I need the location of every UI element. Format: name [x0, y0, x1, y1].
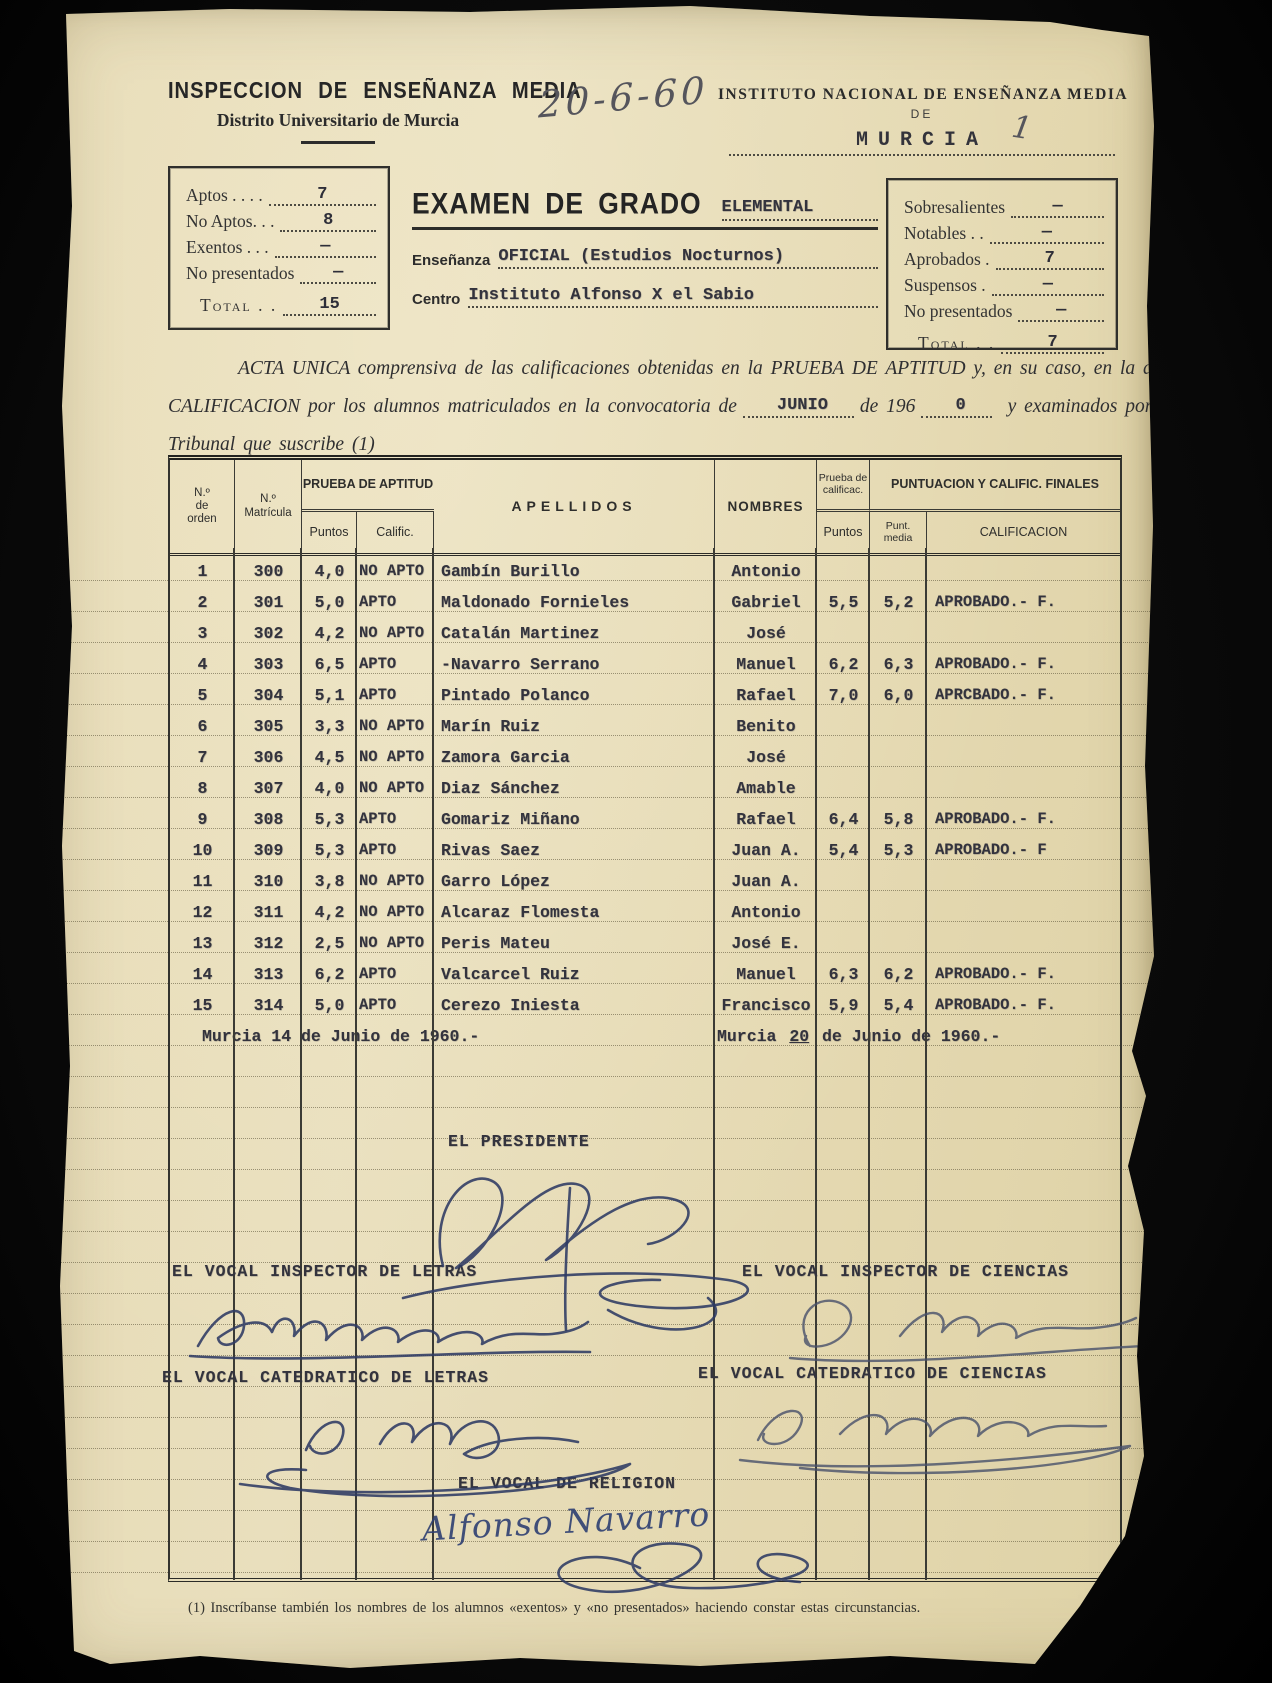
exam-modality: ELEMENTAL	[722, 198, 878, 221]
acta-line1: ACTA UNICA comprensiva de las calificaci…	[238, 358, 1161, 380]
cell-puntos2: 5,4	[817, 835, 870, 866]
cell-orden: 5	[170, 680, 235, 711]
cell-puntos2: 6,4	[817, 804, 870, 835]
stat-total-row: Total . . 15	[186, 290, 376, 316]
stat-value: 8	[280, 211, 376, 232]
stat-label: No presentados	[904, 301, 1012, 322]
cell-media: 5,4	[870, 990, 927, 1021]
cell-puntos: 5,0	[302, 990, 357, 1021]
cell-final	[927, 928, 1120, 959]
empty-row	[170, 1083, 1120, 1114]
cell-nombres: José E.	[715, 928, 817, 959]
cell-nombres: José	[715, 742, 817, 773]
acta-convocatoria: JUNIO	[743, 396, 854, 418]
cell-matricula: 303	[235, 649, 302, 680]
cell-nombres: Manuel	[715, 649, 817, 680]
cell-puntos2	[817, 711, 870, 742]
stat-value: 15	[283, 295, 376, 316]
cell-puntos: 5,0	[302, 587, 357, 618]
cell-puntos2: 7,0	[817, 680, 870, 711]
cell-calific: NO APTO	[357, 773, 434, 804]
cell-matricula: 306	[235, 742, 302, 773]
cell-calific: APTO	[357, 587, 434, 618]
cell-puntos: 4,5	[302, 742, 357, 773]
header-apellidos: APELLIDOS	[434, 460, 715, 553]
cell-final	[927, 556, 1120, 587]
stat-value: 7	[269, 185, 376, 206]
cell-final	[927, 897, 1120, 928]
stat-label: Aprobados .	[904, 249, 990, 270]
cell-orden: 7	[170, 742, 235, 773]
cell-nombres: Antonio	[715, 897, 817, 928]
cell-puntos2	[817, 928, 870, 959]
cell-orden: 2	[170, 587, 235, 618]
issuer-underline	[301, 141, 375, 144]
cell-orden: 9	[170, 804, 235, 835]
cell-calific: APTO	[357, 649, 434, 680]
cell-nombres: Manuel	[715, 959, 817, 990]
cell-calific: NO APTO	[357, 866, 434, 897]
cell-puntos: 6,2	[302, 959, 357, 990]
exam-title-block: EXAMEN DE GRADO ELEMENTAL Enseñanza OFIC…	[412, 190, 878, 308]
stat-value: —	[1011, 197, 1104, 218]
cell-media	[870, 866, 927, 897]
cell-puntos: 5,3	[302, 804, 357, 835]
cell-apellidos: Maldonado Fornieles	[434, 587, 715, 618]
cell-matricula: 301	[235, 587, 302, 618]
footnote: (1) Inscríbanse también los nombres de l…	[188, 1600, 1128, 1617]
cell-media	[870, 773, 927, 804]
table-row: 103095,3APTORivas SaezJuan A.5,45,3APROB…	[170, 835, 1120, 866]
cell-apellidos: Alcaraz Flomesta	[434, 897, 715, 928]
cell-media	[870, 897, 927, 928]
header-calific: Calific.	[357, 512, 434, 553]
cell-matricula: 314	[235, 990, 302, 1021]
table-row: 93085,3APTOGomariz MiñanoRafael6,45,8APR…	[170, 804, 1120, 835]
header-punt-media: Punt.media	[870, 512, 927, 553]
date-left: Murcia 14 de Junio de 1960.-	[170, 1021, 715, 1052]
inspector-ciencias-signature	[750, 1284, 1150, 1374]
cell-final	[927, 742, 1120, 773]
stat-label: No presentados	[186, 263, 294, 284]
cell-matricula: 310	[235, 866, 302, 897]
document-page: INSPECCION DE ENSEÑANZA MEDIA Distrito U…	[50, 6, 1162, 1672]
cell-nombres: Rafael	[715, 680, 817, 711]
cell-orden: 8	[170, 773, 235, 804]
cell-media	[870, 928, 927, 959]
cell-apellidos: -Navarro Serrano	[434, 649, 715, 680]
table-row: 53045,1APTOPintado PolancoRafael7,06,0AP…	[170, 680, 1120, 711]
cell-media: 5,2	[870, 587, 927, 618]
stat-row: Exentos . . . —	[186, 232, 376, 258]
stat-row: Suspensos . —	[904, 270, 1104, 296]
cell-apellidos: Catalán Martinez	[434, 618, 715, 649]
cell-puntos2: 6,3	[817, 959, 870, 990]
cell-media	[870, 618, 927, 649]
cell-media: 6,3	[870, 649, 927, 680]
cell-nombres: Francisco	[715, 990, 817, 1021]
cell-nombres: Juan A.	[715, 835, 817, 866]
institute-underline	[729, 154, 1115, 156]
stat-value: 7	[1001, 333, 1104, 354]
cell-nombres: Amable	[715, 773, 817, 804]
cell-nombres: Gabriel	[715, 587, 817, 618]
cell-media: 6,0	[870, 680, 927, 711]
stat-label: Aptos . . . .	[186, 185, 263, 206]
table-row: 33024,2NO APTOCatalán MartinezJosé	[170, 618, 1120, 649]
cell-calific: NO APTO	[357, 742, 434, 773]
header-prueba-aptitud: PRUEBA DE APTITUD	[302, 460, 434, 512]
cell-puntos: 4,2	[302, 618, 357, 649]
acta-line2-mid: de 196	[860, 396, 916, 418]
empty-row	[170, 1114, 1120, 1145]
stat-value: 7	[996, 249, 1104, 270]
table-row: 113103,8NO APTOGarro LópezJuan A.	[170, 866, 1120, 897]
cell-matricula: 300	[235, 556, 302, 587]
exam-title-rule	[412, 227, 878, 230]
cell-apellidos: Valcarcel Ruiz	[434, 959, 715, 990]
cell-media	[870, 556, 927, 587]
cell-puntos2	[817, 742, 870, 773]
institute-title: INSTITUTO NACIONAL DE ENSEÑANZA MEDIA	[718, 86, 1126, 104]
cell-puntos2	[817, 773, 870, 804]
cell-calific: APTO	[357, 835, 434, 866]
cell-final: APROBADO.- F	[927, 835, 1120, 866]
cell-nombres: Antonio	[715, 556, 817, 587]
stat-value: —	[992, 275, 1104, 296]
cell-apellidos: Diaz Sánchez	[434, 773, 715, 804]
cell-orden: 15	[170, 990, 235, 1021]
stat-row: No Aptos. . . 8	[186, 206, 376, 232]
cell-media	[870, 742, 927, 773]
cell-orden: 3	[170, 618, 235, 649]
stat-row: Aptos . . . . 7	[186, 180, 376, 206]
cell-matricula: 307	[235, 773, 302, 804]
ensenanza-label: Enseñanza	[412, 252, 490, 269]
catedratico-letras-signature	[210, 1392, 650, 1502]
cell-matricula: 309	[235, 835, 302, 866]
acta-line2-post: y examinados por el	[1008, 396, 1175, 418]
grades-summary-box: Sobresalientes — Notables . . — Aprobado…	[886, 178, 1118, 350]
cell-puntos2: 6,2	[817, 649, 870, 680]
cell-nombres: Juan A.	[715, 866, 817, 897]
table-row: 153145,0APTOCerezo IniestaFrancisco5,95,…	[170, 990, 1120, 1021]
cell-matricula: 312	[235, 928, 302, 959]
cell-matricula: 302	[235, 618, 302, 649]
cell-final	[927, 618, 1120, 649]
cell-final: APROBADO.- F.	[927, 587, 1120, 618]
aptitude-summary-box: Aptos . . . . 7 No Aptos. . . 8 Exentos …	[168, 166, 390, 330]
table-row: 73064,5NO APTOZamora GarciaJosé	[170, 742, 1120, 773]
stat-value: —	[1018, 301, 1104, 322]
stat-row: No presentados —	[186, 258, 376, 284]
catedratico-ciencias-signature	[710, 1384, 1150, 1489]
stat-row: Sobresalientes —	[904, 192, 1104, 218]
cell-apellidos: Zamora Garcia	[434, 742, 715, 773]
exam-title: EXAMEN DE GRADO	[412, 187, 702, 221]
cell-matricula: 305	[235, 711, 302, 742]
table-header: N.ºdeorden N.ºMatrícula PRUEBA DE APTITU…	[170, 460, 1120, 556]
header-prueba-calificac: Prueba decalificac.	[817, 460, 870, 512]
cell-media: 5,8	[870, 804, 927, 835]
cell-puntos2: 5,5	[817, 587, 870, 618]
cell-final: APROBADO.- F.	[927, 990, 1120, 1021]
issuer-subtitle: Distrito Universitario de Murcia	[168, 110, 508, 131]
cell-puntos2: 5,9	[817, 990, 870, 1021]
centro-value: Instituto Alfonso X el Sabio	[468, 286, 878, 308]
cell-media	[870, 711, 927, 742]
table-row: 13004,0NO APTOGambín BurilloAntonio	[170, 556, 1120, 587]
cell-calific: APTO	[357, 959, 434, 990]
cell-puntos: 3,8	[302, 866, 357, 897]
cell-puntos2	[817, 618, 870, 649]
header-puntos: Puntos	[302, 512, 357, 553]
institute-de: DE	[718, 107, 1126, 121]
cell-final: APROBADO.- F.	[927, 959, 1120, 990]
stat-row: Aprobados . 7	[904, 244, 1104, 270]
stat-row: No presentados —	[904, 296, 1104, 322]
cell-orden: 11	[170, 866, 235, 897]
cell-calific: NO APTO	[357, 711, 434, 742]
cell-puntos: 3,3	[302, 711, 357, 742]
date-right: Murcia 20 de Junio de 1960.-	[715, 1021, 1120, 1052]
cell-calific: APTO	[357, 680, 434, 711]
inspector-letras-signature	[180, 1288, 600, 1373]
cell-media: 6,2	[870, 959, 927, 990]
issuer-title: INSPECCION DE ENSEÑANZA MEDIA	[168, 78, 494, 105]
table-row: 23015,0APTOMaldonado FornielesGabriel5,5…	[170, 587, 1120, 618]
table-row: 83074,0NO APTODiaz SánchezAmable	[170, 773, 1120, 804]
stat-value: —	[275, 237, 376, 258]
cell-apellidos: Cerezo Iniesta	[434, 990, 715, 1021]
cell-apellidos: Garro López	[434, 866, 715, 897]
stat-label: Total . .	[186, 295, 277, 316]
header-calificacion: CALIFICACION	[927, 512, 1120, 553]
cell-final: APRCBADO.- F.	[927, 680, 1120, 711]
cell-nombres: Benito	[715, 711, 817, 742]
acta-line2: CALIFICACION por los alumnos matriculado…	[168, 396, 1174, 418]
cell-final	[927, 773, 1120, 804]
cell-apellidos: Peris Mateu	[434, 928, 715, 959]
cell-puntos: 4,0	[302, 556, 357, 587]
table-row: 133122,5NO APTOPeris MateuJosé E.	[170, 928, 1120, 959]
stat-label: Total . .	[904, 333, 995, 354]
empty-row	[170, 1052, 1120, 1083]
cell-apellidos: Pintado Polanco	[434, 680, 715, 711]
cell-media: 5,3	[870, 835, 927, 866]
cell-calific: NO APTO	[357, 928, 434, 959]
stat-value: —	[990, 223, 1104, 244]
stat-label: Notables . .	[904, 223, 984, 244]
stat-label: Exentos . . .	[186, 237, 269, 258]
cell-puntos2	[817, 556, 870, 587]
cell-orden: 6	[170, 711, 235, 742]
cell-calific: NO APTO	[357, 897, 434, 928]
stat-total-row: Total . . 7	[904, 328, 1104, 354]
cell-puntos: 5,3	[302, 835, 357, 866]
header-puntuacion-finales: PUNTUACION Y CALIFIC. FINALES	[870, 460, 1120, 512]
cell-matricula: 308	[235, 804, 302, 835]
cell-matricula: 304	[235, 680, 302, 711]
institute-block: INSTITUTO NACIONAL DE ENSEÑANZA MEDIA DE…	[718, 86, 1126, 156]
cell-orden: 13	[170, 928, 235, 959]
cell-orden: 4	[170, 649, 235, 680]
cell-puntos: 6,5	[302, 649, 357, 680]
issuer-block: INSPECCION DE ENSEÑANZA MEDIA Distrito U…	[168, 78, 508, 144]
header-orden: N.ºdeorden	[170, 460, 235, 553]
cell-apellidos: Gomariz Miñano	[434, 804, 715, 835]
cell-matricula: 313	[235, 959, 302, 990]
table-row: 143136,2APTOValcarcel RuizManuel6,36,2AP…	[170, 959, 1120, 990]
cell-orden: 10	[170, 835, 235, 866]
acta-year-typed: 0	[921, 396, 991, 418]
acta-line2-pre: CALIFICACION por los alumnos matriculado…	[168, 396, 737, 418]
cell-apellidos: Gambín Burillo	[434, 556, 715, 587]
cell-final: APROBADO.- F.	[927, 804, 1120, 835]
header-nombres: NOMBRES	[715, 460, 817, 553]
institute-city: MURCIA	[718, 129, 1126, 152]
cell-nombres: José	[715, 618, 817, 649]
cell-orden: 12	[170, 897, 235, 928]
cell-final	[927, 711, 1120, 742]
cell-calific: APTO	[357, 804, 434, 835]
cell-matricula: 311	[235, 897, 302, 928]
cell-calific: NO APTO	[357, 556, 434, 587]
centro-label: Centro	[412, 291, 460, 308]
cell-puntos: 5,1	[302, 680, 357, 711]
stat-label: No Aptos. . .	[186, 211, 274, 232]
dates-row: Murcia 14 de Junio de 1960.-Murcia 20 de…	[170, 1021, 1120, 1052]
header-matricula: N.ºMatrícula	[235, 460, 302, 553]
cell-apellidos: Rivas Saez	[434, 835, 715, 866]
cell-puntos: 4,0	[302, 773, 357, 804]
cell-apellidos: Marín Ruiz	[434, 711, 715, 742]
table-row: 63053,3NO APTOMarín RuizBenito	[170, 711, 1120, 742]
cell-puntos2	[817, 897, 870, 928]
table-row: 43036,5APTO-Navarro SerranoManuel6,26,3A…	[170, 649, 1120, 680]
acta-line3: Tribunal que suscribe (1)	[168, 434, 375, 456]
stat-label: Suspensos .	[904, 275, 986, 296]
cell-final: APROBADO.- F.	[927, 649, 1120, 680]
cell-calific: NO APTO	[357, 618, 434, 649]
stat-label: Sobresalientes	[904, 197, 1005, 218]
stat-value: —	[300, 263, 376, 284]
header-puntos2: Puntos	[817, 512, 870, 553]
cell-puntos: 4,2	[302, 897, 357, 928]
cell-orden: 1	[170, 556, 235, 587]
cell-orden: 14	[170, 959, 235, 990]
cell-nombres: Rafael	[715, 804, 817, 835]
stat-row: Notables . . —	[904, 218, 1104, 244]
cell-puntos: 2,5	[302, 928, 357, 959]
table-row: 123114,2NO APTOAlcaraz FlomestaAntonio	[170, 897, 1120, 928]
cell-final	[927, 866, 1120, 897]
cell-calific: APTO	[357, 990, 434, 1021]
ensenanza-value: OFICIAL (Estudios Nocturnos)	[498, 247, 878, 269]
cell-puntos2	[817, 866, 870, 897]
